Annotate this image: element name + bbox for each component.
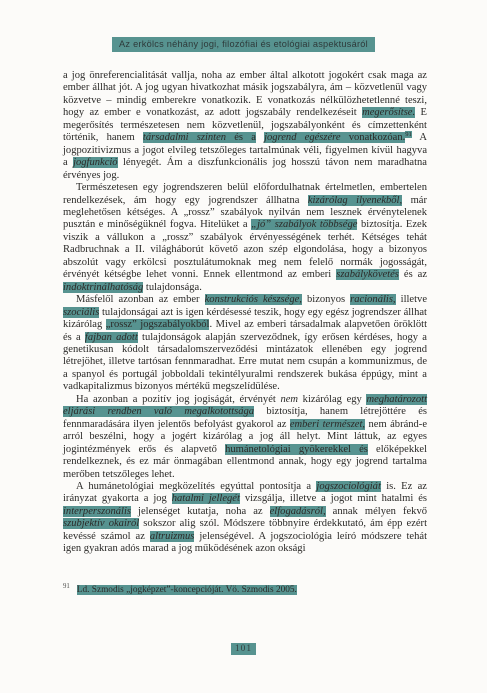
text-run: tulajdonsága. (143, 282, 202, 293)
highlighted-text: jogrend egészére (264, 132, 341, 143)
highlighted-text: altruizmus (150, 531, 195, 542)
highlighted-text: kizárólag ilyenekből, (308, 195, 402, 206)
footnote-marker: 91 (63, 583, 70, 590)
highlighted-text: konstrukciós készsége, (205, 294, 302, 305)
text-run: kizárólag egy (298, 394, 366, 405)
text-run: vizsgálja, illetve a jogot mint hatalmi … (240, 493, 427, 504)
text-run: Másfelől azonban az ember (76, 294, 205, 305)
highlighted-text: emberi természet, (290, 419, 365, 430)
page-number-row: 101 (0, 638, 487, 656)
highlighted-text: szubjektív okairól (63, 518, 139, 529)
paragraph: Természetesen egy jogrendszeren belül el… (63, 182, 427, 294)
page-number: 101 (231, 643, 256, 655)
highlighted-text: vonatkozóan. (341, 132, 406, 143)
highlighted-text: „rossz” jogszabályokból (106, 319, 210, 330)
paragraph: Ha azonban a pozitív jog jogiságát, érvé… (63, 394, 427, 481)
highlighted-text: társadalmi szinten (143, 132, 226, 143)
highlighted-text: megerősítse. (362, 107, 415, 118)
footnote-text: Ld. Szmodis „jogképzet”-koncepcióját. Vö… (77, 585, 297, 595)
running-header: Az erkölcs néhány jogi, filozófiai és et… (0, 34, 487, 52)
book-page: Az erkölcs néhány jogi, filozófiai és et… (0, 0, 487, 693)
highlighted-text: szociális (63, 307, 99, 318)
text-run: bizonyos (302, 294, 350, 305)
highlighted-text: jogszociológiát (316, 481, 380, 492)
highlighted-text: „jó” szabályok többsége (251, 219, 357, 230)
highlighted-text: fajban adott (85, 332, 138, 343)
highlighted-text: interperszonális (63, 506, 131, 517)
highlighted-text: hatalmi jellegét (172, 493, 240, 504)
highlighted-text: szabálykövetés (336, 269, 399, 280)
footnote: 91Ld. Szmodis „jogképzet”-koncepcióját. … (63, 585, 427, 597)
running-header-title: Az erkölcs néhány jogi, filozófiai és et… (112, 37, 375, 52)
highlighted-text: indoktrinálhatóság (63, 282, 143, 293)
highlighted-text: humánetológiai gyökerekkel és (225, 444, 368, 455)
highlighted-text: elfogadásról, (270, 506, 326, 517)
text-run: lényegét. Ám a diszfunkcionális jog hoss… (63, 157, 427, 180)
text-run: annak mélyen fekvő (326, 506, 427, 517)
highlighted-text: jogfunkció (73, 157, 118, 168)
text-run: Ha azonban a pozitív jog jogiságát, érvé… (76, 394, 280, 405)
text-run: A humánetológiai megközelítés egyúttal p… (76, 481, 316, 492)
highlighted-text: racionális, (350, 294, 395, 305)
body-text: a jog önreferencialitását vallja, noha a… (63, 70, 427, 556)
text-run: jelenséget kutatja, noha az (131, 506, 270, 517)
paragraph: a jog önreferencialitását vallja, noha a… (63, 70, 427, 182)
paragraph: A humánetológiai megközelítés egyúttal p… (63, 481, 427, 556)
text-run: és az (399, 269, 427, 280)
text-run (256, 132, 264, 143)
text-run: illetve (396, 294, 427, 305)
text-run: nem (280, 394, 298, 405)
highlighted-text: és a (226, 132, 256, 143)
highlighted-text: Ld. Szmodis „jogképzet”-koncepcióját. Vö… (77, 585, 297, 595)
paragraph: Másfelől azonban az ember konstrukciós k… (63, 294, 427, 394)
